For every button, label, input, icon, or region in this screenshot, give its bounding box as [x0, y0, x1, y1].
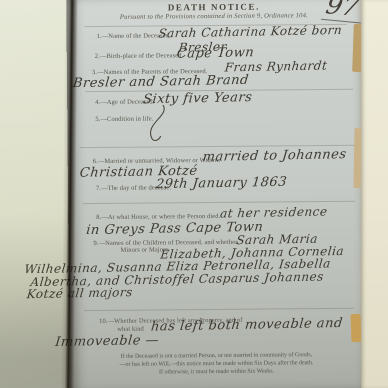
torn-page-edge	[351, 314, 362, 342]
field-label: 2.—Birth-place of the Deceased.	[95, 52, 184, 60]
field-value-line: Sarah Catharina Kotzé born	[158, 23, 343, 41]
divider	[83, 201, 355, 204]
field-value-line: married to Johannes	[202, 147, 347, 165]
field-value-line: has left both moveable and	[150, 316, 343, 335]
page-content: DEATH NOTICE. Pursuant to the Provisions…	[66, 0, 364, 388]
field-value-line: at her residence	[219, 204, 328, 220]
footer-note: If the Deceased is not a married Person,…	[69, 351, 363, 378]
condition-flourish-icon	[139, 103, 173, 143]
form-subtitle: Pursuant to the Provisions contained in …	[66, 12, 361, 22]
field-label-line2: what kind	[117, 326, 144, 333]
divider	[84, 308, 354, 311]
footer-note-line: If otherwise, it must be made within Six…	[70, 367, 364, 378]
field-value-line: Kotzé all majors	[26, 285, 134, 301]
field-value-line: Bresler and Sarah Brand	[72, 73, 249, 91]
death-notice-page: DEATH NOTICE. Pursuant to the Provisions…	[66, 0, 364, 388]
backing-page-edge	[361, 0, 388, 388]
field-value-line: 29th January 1863	[155, 175, 288, 193]
archival-photo: DEATH NOTICE. Pursuant to the Provisions…	[0, 0, 388, 388]
